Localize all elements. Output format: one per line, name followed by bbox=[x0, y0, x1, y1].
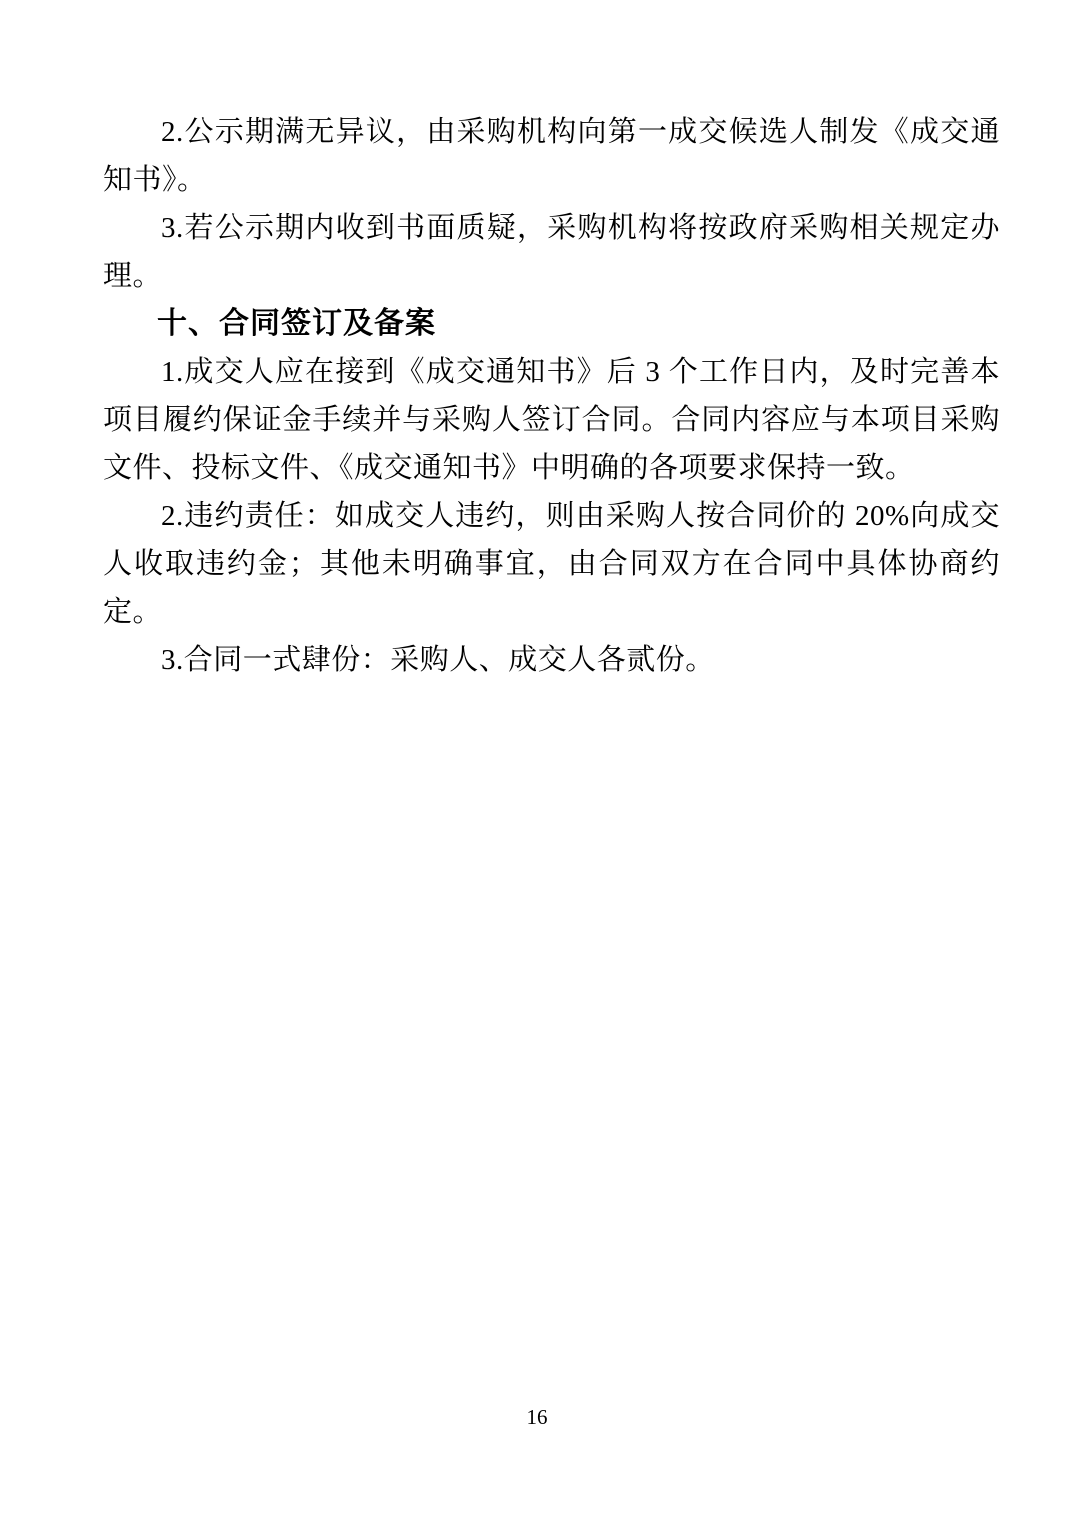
document-page: 2.公示期满无异议，由采购机构向第一成交候选人制发《成交通知书》。 3.若公示期… bbox=[0, 0, 1074, 1520]
page-number: 16 bbox=[0, 1404, 1074, 1430]
paragraph-publicity-no-objection: 2.公示期满无异议，由采购机构向第一成交候选人制发《成交通知书》。 bbox=[103, 108, 1000, 204]
document-body: 2.公示期满无异议，由采购机构向第一成交候选人制发《成交通知书》。 3.若公示期… bbox=[103, 108, 1000, 684]
paragraph-contract-copies: 3.合同一式肆份：采购人、成交人各贰份。 bbox=[103, 636, 1000, 684]
paragraph-breach-liability: 2.违约责任：如成交人违约，则由采购人按合同价的 20%向成交人收取违约金；其他… bbox=[103, 492, 1000, 636]
section-heading-contract-signing: 十、合同签订及备案 bbox=[103, 300, 1000, 348]
paragraph-contract-signing-deadline: 1.成交人应在接到《成交通知书》后 3 个工作日内，及时完善本项目履约保证金手续… bbox=[103, 348, 1000, 492]
paragraph-written-challenge: 3.若公示期内收到书面质疑，采购机构将按政府采购相关规定办理。 bbox=[103, 204, 1000, 300]
